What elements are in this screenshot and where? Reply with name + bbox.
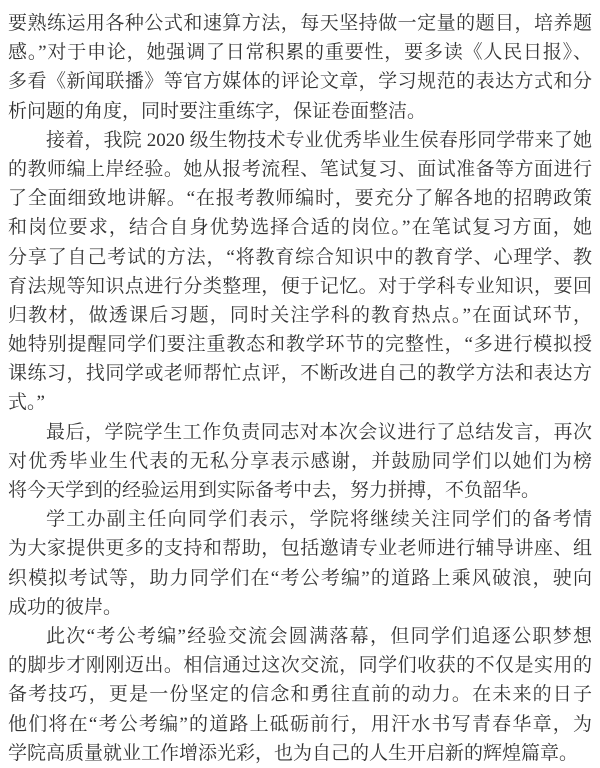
paragraph: 最后，学院学生工作负责同志对本次会议进行了总结发言，再次 对优秀毕业生代表的无私… xyxy=(8,418,592,506)
text-line: 学院高质量就业工作增添光彩，也为自己的人生开启新的辉煌篇章。 xyxy=(8,739,592,768)
text-line: 对优秀毕业生代表的无私分享表示感谢，并鼓励同学们以她们为榜样， xyxy=(8,447,592,476)
text-line: 的教师编上岸经验。她从报考流程、笔试复习、面试准备等方面进行 xyxy=(8,155,592,184)
text-line: 备考技巧，更是一份坚定的信念和勇往直前的动力。在未来的日子里， xyxy=(8,680,592,709)
text-line: 多看《新闻联播》等官方媒体的评论文章，学习规范的表达方式和分 xyxy=(8,67,592,96)
text-line: 课练习，找同学或老师帮忙点评，不断改进自己的教学方法和表达方 xyxy=(8,359,592,388)
text-line: 她特别提醒同学们要注重教态和教学环节的完整性，“多进行模拟授 xyxy=(8,330,592,359)
paragraph: 此次“考公考编”经验交流会圆满落幕，但同学们追逐公职梦想 的脚步才刚刚迈出。相信… xyxy=(8,622,592,768)
paragraph: 学工办副主任向同学们表示，学院将继续关注同学们的备考情况， 为大家提供更多的支持… xyxy=(8,505,592,622)
text-line: 织模拟考试等，助力同学们在“考公考编”的道路上乘风破浪，驶向 xyxy=(8,564,592,593)
text-line: 和岗位要求，结合自身优势选择合适的岗位。”在笔试复习方面，她 xyxy=(8,213,592,242)
text-line: 分享了自己考试的方法，“将教育综合知识中的教育学、心理学、教 xyxy=(8,243,592,272)
text-line: 将今天学到的经验运用到实际备考中去，努力拼搏，不负韶华。 xyxy=(8,476,592,505)
text-line: 此次“考公考编”经验交流会圆满落幕，但同学们追逐公职梦想 xyxy=(8,622,592,651)
text-line: 接着，我院 2020 级生物技术专业优秀毕业生侯春彤同学带来了她 xyxy=(8,126,592,155)
text-line: 育法规等知识点进行分类整理，便于记忆。对于学科专业知识，要回 xyxy=(8,272,592,301)
text-line: 学工办副主任向同学们表示，学院将继续关注同学们的备考情况， xyxy=(8,505,592,534)
text-line: 他们将在“考公考编”的道路上砥砺前行，用汗水书写青春华章，为 xyxy=(8,710,592,739)
paragraph: 接着，我院 2020 级生物技术专业优秀毕业生侯春彤同学带来了她 的教师编上岸经… xyxy=(8,126,592,418)
text-line: 的脚步才刚刚迈出。相信通过这次交流，同学们收获的不仅是实用的 xyxy=(8,651,592,680)
text-line: 了全面细致地讲解。“在报考教师编时，要充分了解各地的招聘政策 xyxy=(8,184,592,213)
text-line: 式。” xyxy=(8,388,592,417)
text-line: 感。”对于申论，她强调了日常积累的重要性，要多读《人民日报》、 xyxy=(8,38,592,67)
text-line: 最后，学院学生工作负责同志对本次会议进行了总结发言，再次 xyxy=(8,418,592,447)
text-line: 为大家提供更多的支持和帮助，包括邀请专业老师进行辅导讲座、组 xyxy=(8,534,592,563)
text-line: 要熟练运用各种公式和速算方法，每天坚持做一定量的题目，培养题 xyxy=(8,9,592,38)
document-page: 要熟练运用各种公式和速算方法，每天坚持做一定量的题目，培养题 感。”对于申论，她… xyxy=(0,0,600,768)
text-line: 成功的彼岸。 xyxy=(8,593,592,622)
text-line: 归教材，做透课后习题，同时关注学科的教育热点。”在面试环节， xyxy=(8,301,592,330)
text-line: 析问题的角度，同时要注重练字，保证卷面整洁。 xyxy=(8,97,592,126)
paragraph: 要熟练运用各种公式和速算方法，每天坚持做一定量的题目，培养题 感。”对于申论，她… xyxy=(8,9,592,126)
